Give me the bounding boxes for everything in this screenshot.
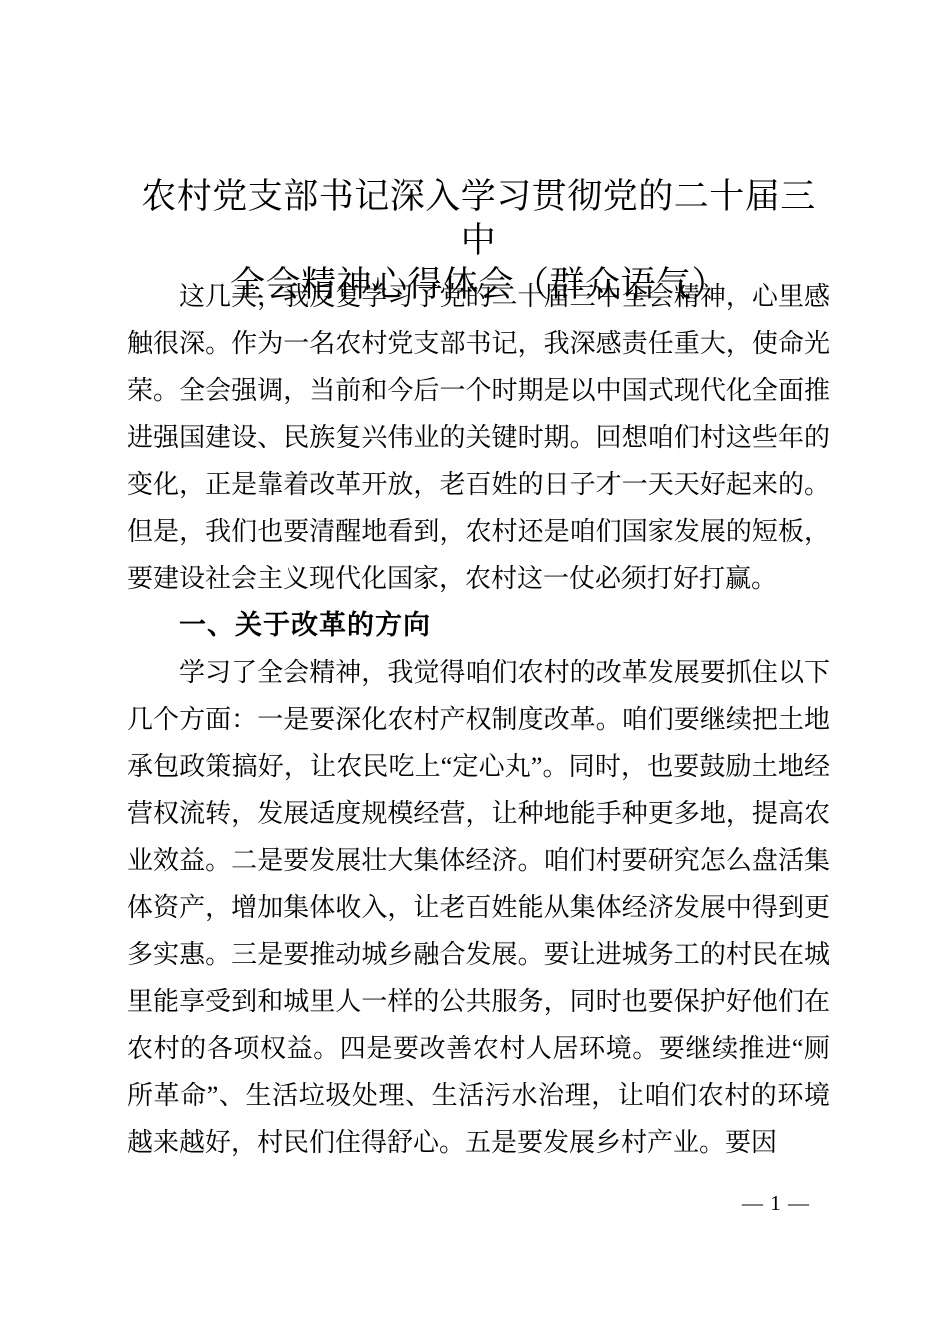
paragraph-reform-measures: 学习了全会精神，我觉得咱们农村的改革发展要抓住以下几个方面：一是要深化农村产权制… — [127, 649, 830, 1166]
paragraph-intro: 这几天，我反复学习了党的二十届三中全会精神，心里感触很深。作为一名农村党支部书记… — [127, 273, 830, 602]
page-footer: — 1 — — [742, 1191, 810, 1215]
section-heading-reform-direction: 一、关于改革的方向 — [127, 602, 830, 649]
document-page: 农村党支部书记深入学习贯彻党的二十届三中 全会精神心得体会（群众语气） 这几天，… — [0, 0, 950, 1344]
page-number: — 1 — — [742, 1191, 810, 1215]
document-title-line-1: 农村党支部书记深入学习贯彻党的二十届三中 — [127, 175, 830, 263]
